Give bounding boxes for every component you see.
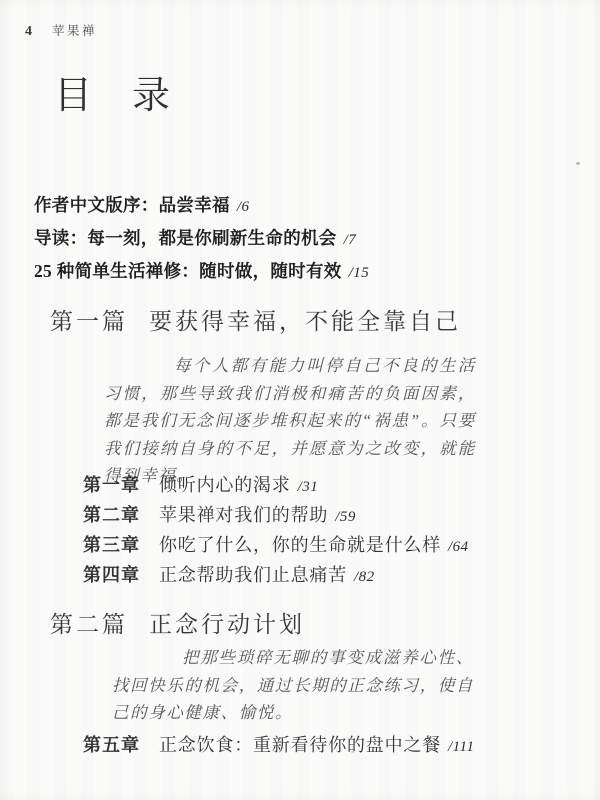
toc-entry: 导读：每一刻，都是你刷新生命的机会 /7: [34, 225, 369, 258]
scan-speck: [576, 162, 580, 165]
toc-entry-page: /15: [349, 265, 370, 282]
chapter-row: 第三章 你吃了什么，你的生命就是什么样 /64: [83, 531, 469, 561]
chapter-page: /64: [448, 539, 469, 556]
chapter-title: 你吃了什么，你的生命就是什么样: [159, 531, 441, 557]
chapter-title: 正念饮食：重新看待你的盘中之餐: [159, 731, 441, 757]
chapter-page: /31: [298, 479, 319, 496]
page-number: 4: [25, 24, 32, 40]
toc-entry: 作者中文版序：品尝幸福 /6: [34, 192, 369, 225]
chapter-list: 第一章 倾听内心的渴求 /31 第二章 苹果禅对我们的帮助 /59 第三章 你吃…: [83, 471, 469, 591]
part-intro: 把那些琐碎无聊的事变成滋养心性、找回快乐的机会，通过长期的正念练习，使自己的身心…: [112, 644, 474, 727]
part-title: 要获得幸福，不能全靠自己: [149, 303, 461, 336]
chapter-label: 第四章: [83, 561, 140, 587]
toc-entry-title: 25 种简单生活禅修：随时做，随时有效: [34, 258, 342, 283]
scan-speck: [351, 751, 354, 753]
chapter-row: 第四章 正念帮助我们止息痛苦 /82: [83, 561, 469, 591]
chapter-row: 第一章 倾听内心的渴求 /31: [83, 471, 469, 501]
chapter-row: 第二章 苹果禅对我们的帮助 /59: [83, 501, 469, 531]
chapter-title: 苹果禅对我们的帮助: [159, 501, 328, 527]
chapter-label: 第二章: [83, 501, 140, 527]
chapter-label: 第三章: [83, 531, 140, 557]
chapter-page: /59: [335, 509, 356, 526]
running-head-book-title: 苹果禅: [52, 21, 97, 39]
chapter-page: /111: [448, 739, 474, 756]
book-page: 4 苹果禅 目 录 作者中文版序：品尝幸福 /6 导读：每一刻，都是你刷新生命的…: [0, 0, 600, 800]
chapter-page: /82: [354, 569, 375, 586]
toc-entry-title: 导读：每一刻，都是你刷新生命的机会: [34, 225, 337, 250]
part-heading: 第二篇 正念行动计划: [50, 606, 305, 639]
part-intro: 每个人都有能力叫停自己不良的生活习惯，那些导致我们消极和痛苦的负面因素，都是我们…: [104, 352, 476, 490]
part-label: 第一篇: [50, 303, 128, 336]
part-heading: 第一篇 要获得幸福，不能全靠自己: [50, 303, 461, 336]
toc-entry-page: /6: [237, 199, 250, 216]
toc-entry-page: /7: [344, 232, 357, 249]
toc-entry-title: 作者中文版序：品尝幸福: [34, 192, 230, 217]
part-title: 正念行动计划: [149, 606, 305, 639]
chapter-label: 第五章: [83, 731, 140, 757]
chapter-title: 正念帮助我们止息痛苦: [159, 561, 347, 587]
running-head: 4 苹果禅: [25, 21, 97, 40]
part-label: 第二篇: [50, 606, 128, 639]
chapter-row: 第五章 正念饮食：重新看待你的盘中之餐 /111: [83, 731, 474, 761]
chapter-title: 倾听内心的渴求: [159, 471, 291, 497]
chapter-label: 第一章: [83, 471, 140, 497]
front-matter-list: 作者中文版序：品尝幸福 /6 导读：每一刻，都是你刷新生命的机会 /7 25 种…: [34, 192, 369, 291]
toc-entry: 25 种简单生活禅修：随时做，随时有效 /15: [34, 258, 369, 291]
chapter-list: 第五章 正念饮食：重新看待你的盘中之餐 /111: [83, 731, 474, 761]
toc-page-title: 目 录: [54, 64, 171, 119]
